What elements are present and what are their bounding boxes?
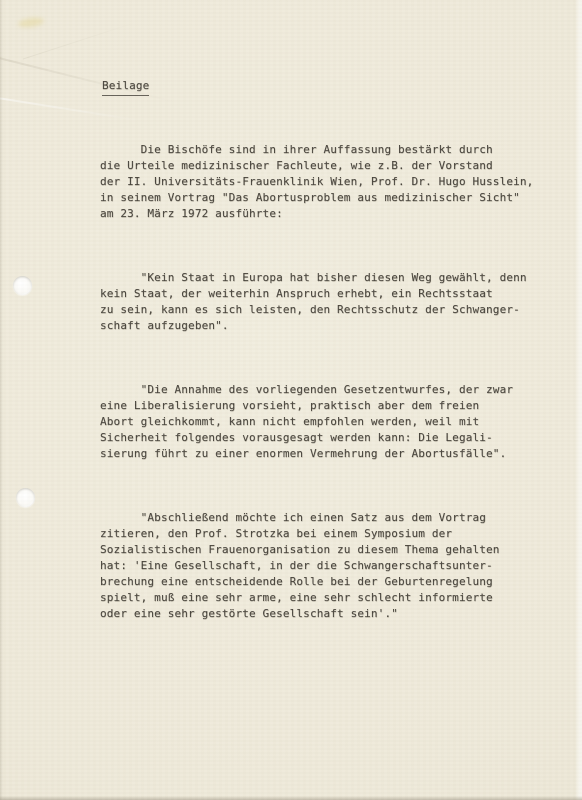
scan-edge-bottom: [0, 796, 582, 800]
paragraph-intro: Die Bischöfe sind in ihrer Auffassung be…: [100, 142, 560, 222]
punch-hole-top: [13, 276, 32, 295]
paragraph-quote-2: "Die Annahme des vorliegenden Gesetzentw…: [100, 382, 560, 462]
title-row: Beilage: [100, 78, 560, 97]
document-title: Beilage: [102, 78, 149, 96]
paragraph-quote-3: "Abschließend möchte ich einen Satz aus …: [100, 510, 560, 622]
scan-edge-left: [0, 0, 3, 800]
punch-hole-bottom: [16, 488, 35, 507]
typewritten-text-block: Beilage Die Bischöfe sind in ihrer Auffa…: [100, 46, 560, 654]
paper-stain: [18, 16, 45, 29]
scan-edge-right: [575, 0, 582, 800]
scanned-paper-sheet: Beilage Die Bischöfe sind in ihrer Auffa…: [0, 0, 582, 800]
paragraph-quote-1: "Kein Staat in Europa hat bisher diesen …: [100, 270, 560, 334]
